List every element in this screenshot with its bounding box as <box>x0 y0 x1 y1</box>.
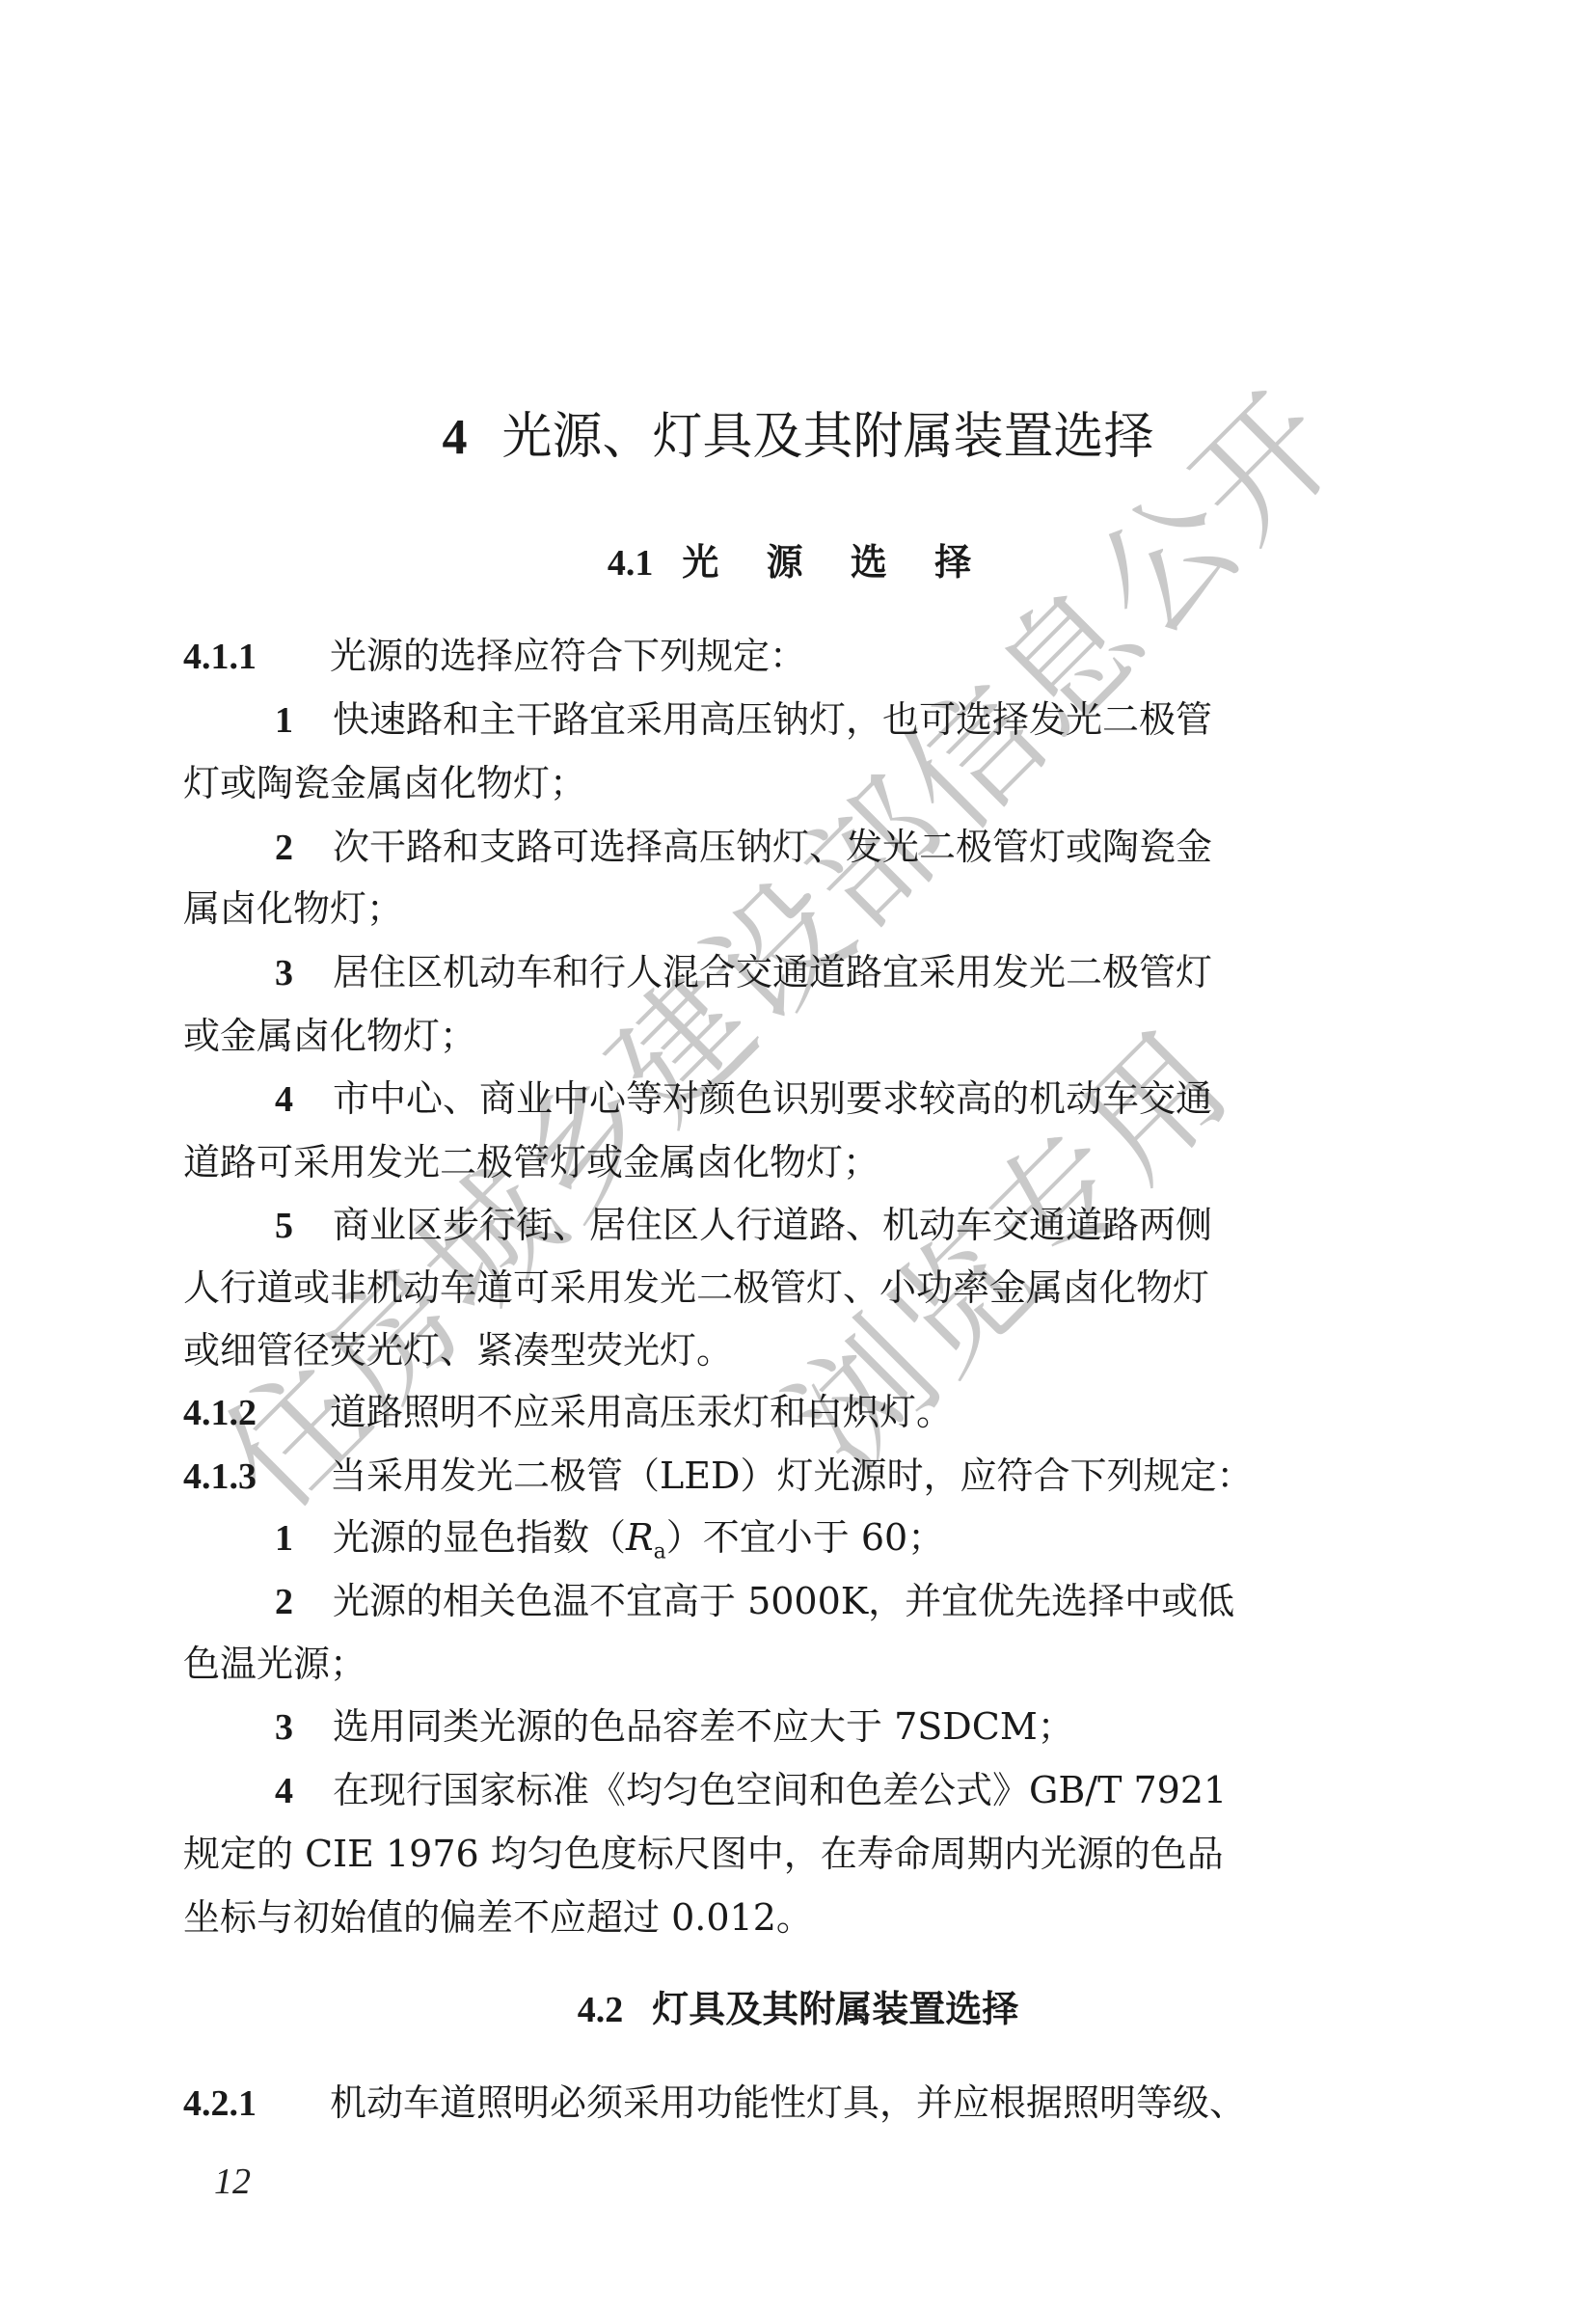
list-item: 2次干路和支路可选择高压钠灯、发光二极管灯或陶瓷金 <box>183 823 1596 872</box>
item-text: 次干路和支路可选择高压钠灯、发光二极管灯或陶瓷金 <box>333 826 1212 868</box>
item-variable: R <box>626 1516 654 1559</box>
list-item: 1光源的显色指数（Ra）不宜小于 60； <box>183 1513 1596 1577</box>
item-text-pre: 光源的显色指数（ <box>333 1516 626 1559</box>
item-continuation: 或金属卤化物灯； <box>183 1012 1596 1060</box>
chapter-title: 4光源、灯具及其附属装置选择 <box>0 403 1596 472</box>
item-continuation: 灯或陶瓷金属卤化物灯； <box>183 759 1596 807</box>
clause-number: 4.2.1 <box>183 2080 330 2128</box>
list-item: 3居住区机动车和行人混合交通道路宜采用发光二极管灯 <box>183 948 1596 997</box>
list-item: 1快速路和主干路宜采用高压钠灯，也可选择发光二极管 <box>183 695 1596 745</box>
item-number: 2 <box>275 1578 333 1626</box>
section-title: 光 源 选 择 <box>682 541 988 584</box>
clause-text: 道路照明不应采用高压汞灯和白炽灯。 <box>330 1391 953 1433</box>
clause-4-1-2: 4.1.2道路照明不应采用高压汞灯和白炽灯。 <box>183 1388 1596 1437</box>
list-item: 4市中心、商业中心等对颜色识别要求较高的机动车交通 <box>183 1074 1596 1124</box>
item-continuation: 色温光源； <box>183 1640 1596 1688</box>
list-item: 2光源的相关色温不宜高于 5000K，并宜优先选择中或低 <box>183 1577 1596 1626</box>
page-number: 12 <box>214 2161 251 2203</box>
section-heading-4-1: 4.1光 源 选 择 <box>0 538 1596 587</box>
chapter-title-text: 光源、灯具及其附属装置选择 <box>501 408 1153 466</box>
item-number: 1 <box>275 696 333 745</box>
item-continuation: 坐标与初始值的偏差不应超过 0.012。 <box>183 1893 1596 1942</box>
item-text-post: ）不宜小于 60； <box>666 1516 944 1559</box>
item-text: 选用同类光源的色品容差不应大于 7SDCM； <box>333 1705 1074 1748</box>
list-item: 5商业区步行街、居住区人行道路、机动车交通道路两侧 <box>183 1201 1596 1250</box>
item-continuation: 属卤化物灯； <box>183 884 1596 933</box>
clause-4-2-1: 4.2.1机动车道照明必须采用功能性灯具，并应根据照明等级、 <box>183 2079 1596 2128</box>
item-continuation: 人行道或非机动车道可采用发光二极管灯、小功率金属卤化物灯 <box>183 1264 1596 1312</box>
clause-number: 4.1.1 <box>183 633 330 681</box>
item-text: 市中心、商业中心等对颜色识别要求较高的机动车交通 <box>333 1077 1212 1120</box>
clause-4-1-1: 4.1.1光源的选择应符合下列规定： <box>183 632 1596 681</box>
clause-number: 4.1.3 <box>183 1453 330 1501</box>
item-text: 居住区机动车和行人混合交通道路宜采用发光二极管灯 <box>333 951 1212 993</box>
list-item: 4在现行国家标准《均匀色空间和色差公式》GB/T 7921 <box>183 1766 1596 1815</box>
item-number: 3 <box>275 1703 333 1752</box>
clause-number: 4.1.2 <box>183 1389 330 1437</box>
section-number: 4.2 <box>578 1990 624 2030</box>
item-text: 快速路和主干路宜采用高压钠灯，也可选择发光二极管 <box>333 698 1212 741</box>
clause-text: 光源的选择应符合下列规定： <box>330 635 806 677</box>
item-text: 在现行国家标准《均匀色空间和色差公式》GB/T 7921 <box>333 1769 1227 1811</box>
item-text: 商业区步行街、居住区人行道路、机动车交通道路两侧 <box>333 1204 1212 1246</box>
list-item: 3选用同类光源的色品容差不应大于 7SDCM； <box>183 1702 1596 1752</box>
item-continuation: 道路可采用发光二极管灯或金属卤化物灯； <box>183 1138 1596 1186</box>
item-number: 4 <box>275 1075 333 1124</box>
section-title: 灯具及其附属装置选择 <box>652 1988 1018 2030</box>
item-continuation: 规定的 CIE 1976 均匀色度标尺图中，在寿命周期内光源的色品 <box>183 1830 1596 1878</box>
item-number: 4 <box>275 1767 333 1815</box>
clause-text: 机动车道照明必须采用功能性灯具，并应根据照明等级、 <box>330 2081 1246 2124</box>
clause-text: 当采用发光二极管（LED）灯光源时，应符合下列规定： <box>330 1455 1253 1497</box>
item-continuation: 或细管径荧光灯、紧凑型荧光灯。 <box>183 1326 1596 1374</box>
chapter-number: 4 <box>442 410 467 465</box>
clause-4-1-3: 4.1.3当采用发光二极管（LED）灯光源时，应符合下列规定： <box>183 1452 1596 1501</box>
item-subscript: a <box>654 1540 666 1564</box>
section-number: 4.1 <box>608 543 654 584</box>
item-number: 3 <box>275 949 333 997</box>
item-number: 5 <box>275 1202 333 1250</box>
item-number: 1 <box>275 1514 333 1563</box>
document-page: 住房城乡建设部信息公开 浏览专用 4光源、灯具及其附属装置选择 4.1光 源 选… <box>0 0 1596 2311</box>
item-number: 2 <box>275 824 333 872</box>
item-text: 光源的相关色温不宜高于 5000K，并宜优先选择中或低 <box>333 1580 1234 1622</box>
section-heading-4-2: 4.2灯具及其附属装置选择 <box>0 1985 1596 2034</box>
